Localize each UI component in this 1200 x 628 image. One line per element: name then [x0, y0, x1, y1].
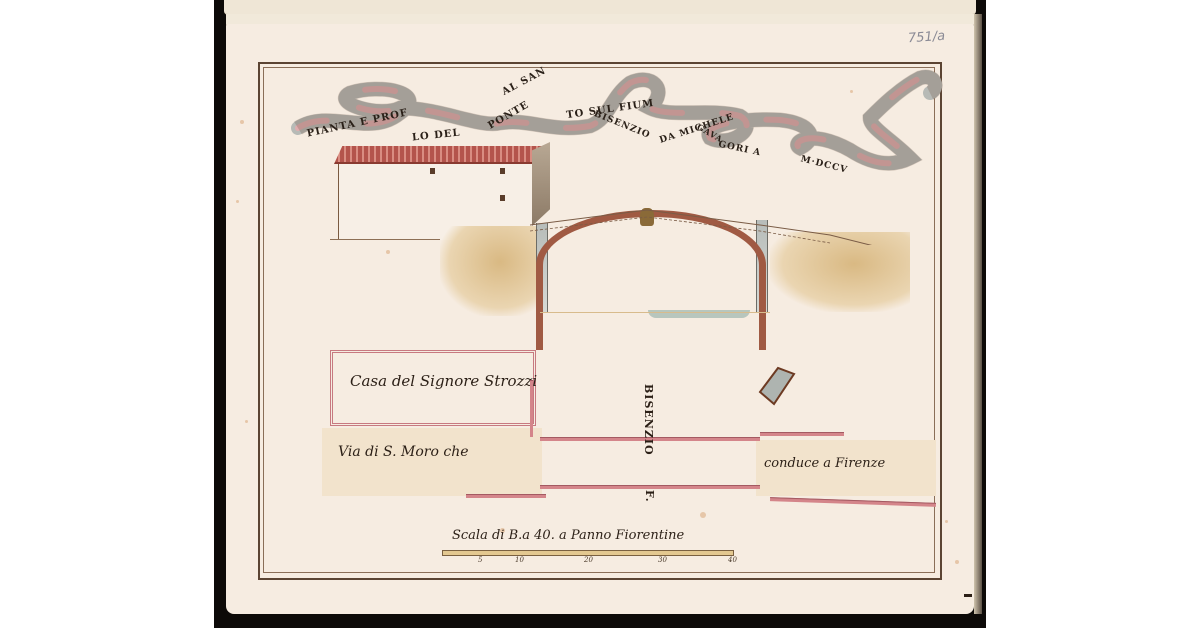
house-label: Casa del Signore Strozzi: [350, 372, 537, 390]
window: [430, 168, 435, 174]
foxing-spot: [245, 420, 248, 423]
window: [500, 195, 505, 201]
road-edge-south: [540, 485, 760, 489]
house-roof: [334, 146, 542, 164]
page-mark: [964, 594, 972, 597]
road-left-strip: [322, 428, 542, 496]
window: [500, 168, 505, 174]
road-edge-south-left: [466, 494, 546, 498]
road-edge-north-right: [760, 432, 844, 436]
foxing-spot: [240, 120, 244, 124]
bridge-deck-line: [530, 205, 910, 245]
foxing-spot: [955, 560, 959, 564]
house-east-wall: [530, 380, 533, 437]
scale-tick: 30: [658, 556, 667, 564]
scale-tick: 20: [584, 556, 593, 564]
road-label-left: Via di S. Moro che: [338, 444, 469, 460]
page-stack-top: [224, 0, 976, 15]
broken-wall-fragment: [754, 364, 804, 414]
foxing-spot: [945, 520, 948, 523]
ground-line: [330, 239, 440, 240]
scale-tick: 10: [515, 556, 524, 564]
scale-tick: 40: [728, 556, 737, 564]
foxing-spot: [236, 200, 239, 203]
page-right-edge: [974, 14, 982, 614]
riverbed-line: [540, 312, 770, 313]
scale-tick: 5: [478, 556, 482, 564]
left-bank: [440, 226, 540, 316]
catalog-number: 751/a: [908, 29, 946, 47]
river-label: BISENZIO: [642, 384, 655, 456]
scale-label: Scala di B.a 40. a Panno Fiorentine: [452, 528, 684, 543]
river-prefix-label: F.: [643, 490, 656, 503]
road-label-right: conduce a Firenze: [764, 456, 885, 471]
